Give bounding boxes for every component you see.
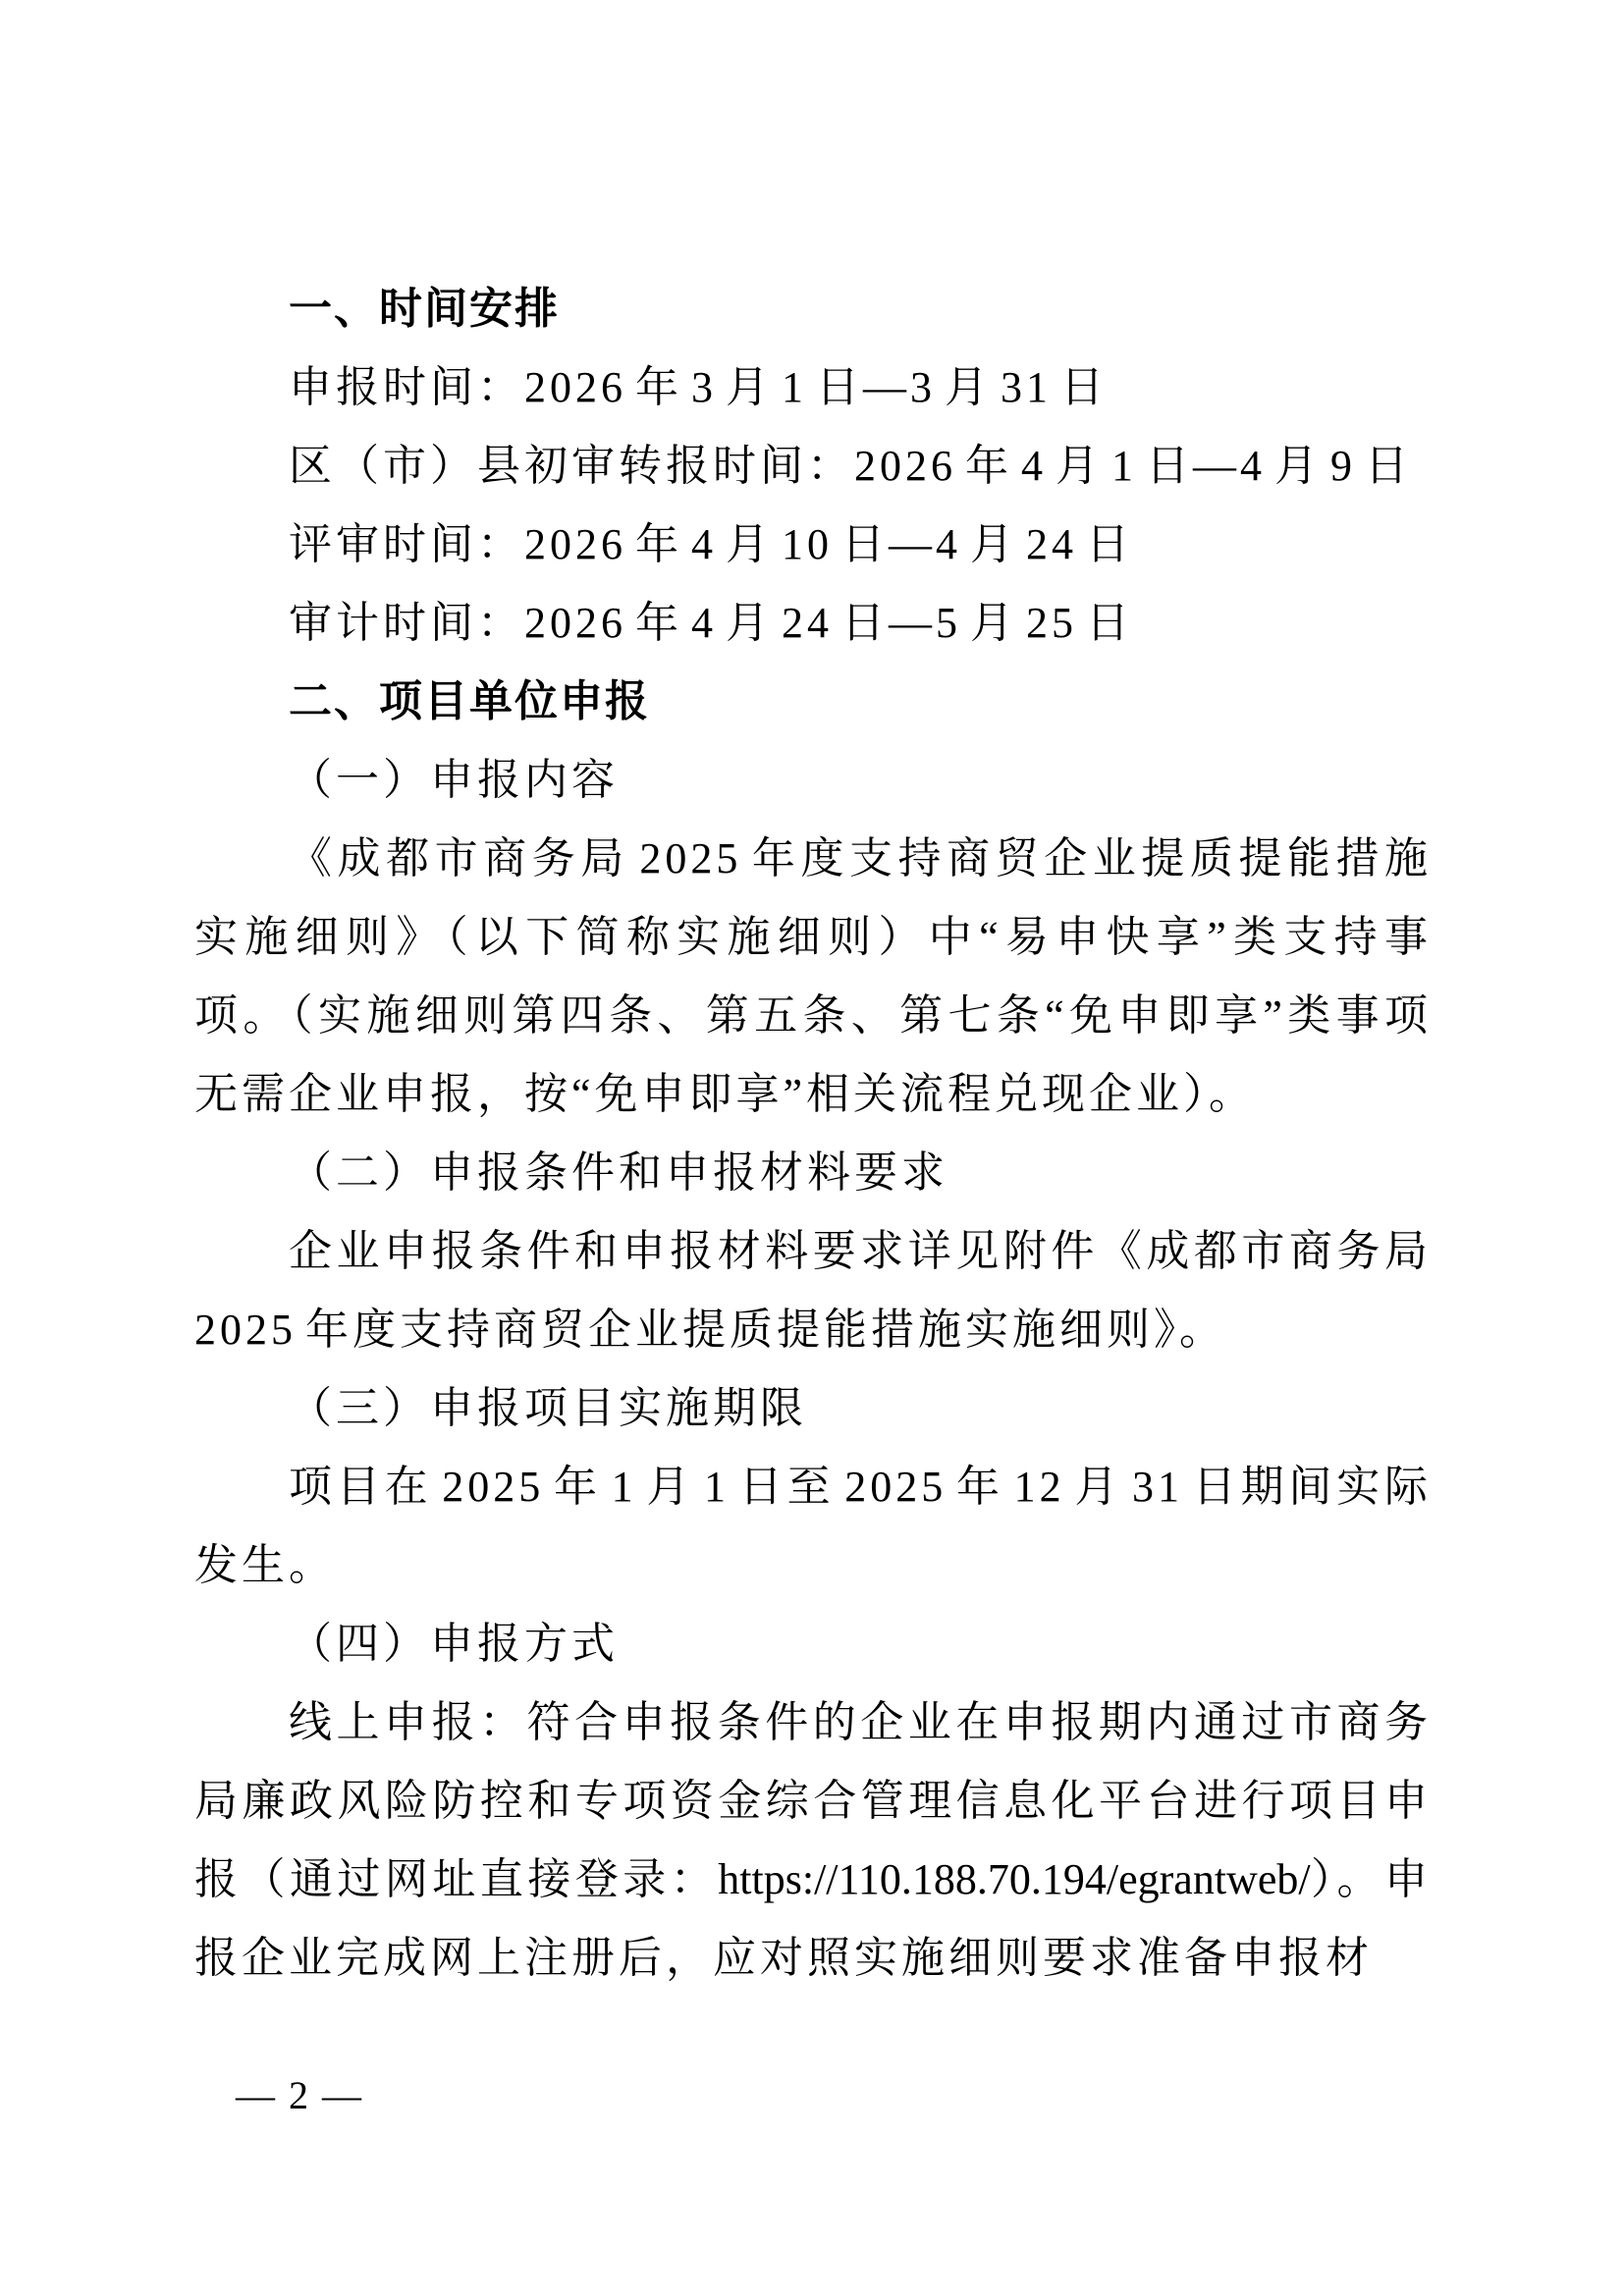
page-number: — 2 — [236,2073,363,2118]
line-application-time: 申报时间：2026 年 3 月 1 日—3 月 31 日 [194,348,1432,427]
paragraph-online-application: 线上申报：符合申报条件的企业在申报期内通过市商务局廉政风险防控和专项资金综合管理… [194,1683,1432,1998]
subheading-application-conditions: （二）申报条件和申报材料要求 [194,1134,1432,1212]
subheading-implementation-period: （三）申报项目实施期限 [194,1369,1432,1448]
section-heading-project-unit-application: 二、项目单位申报 [194,663,1432,741]
section-heading-time-schedule: 一、时间安排 [194,270,1432,348]
subheading-application-method: （四）申报方式 [194,1605,1432,1683]
paragraph-implementation-period: 项目在 2025 年 1 月 1 日至 2025 年 12 月 31 日期间实际… [194,1448,1432,1605]
paragraph-application-conditions: 企业申报条件和申报材料要求详见附件《成都市商务局 2025 年度支持商贸企业提质… [194,1212,1432,1369]
document-page: 一、时间安排 申报时间：2026 年 3 月 1 日—3 月 31 日 区（市）… [0,0,1624,2296]
line-district-review-time: 区（市）县初审转报时间：2026 年 4 月 1 日—4 月 9 日 [194,427,1432,506]
line-evaluation-time: 评审时间：2026 年 4 月 10 日—4 月 24 日 [194,506,1432,584]
line-audit-time: 审计时间：2026 年 4 月 24 日—5 月 25 日 [194,584,1432,663]
paragraph-application-content: 《成都市商务局 2025 年度支持商贸企业提质提能措施实施细则》（以下简称实施细… [194,820,1432,1134]
platform-url-text: https://110.188.70.194/egrantweb/ [718,1855,1310,1903]
document-content: 一、时间安排 申报时间：2026 年 3 月 1 日—3 月 31 日 区（市）… [194,270,1432,1998]
subheading-application-content: （一）申报内容 [194,741,1432,820]
